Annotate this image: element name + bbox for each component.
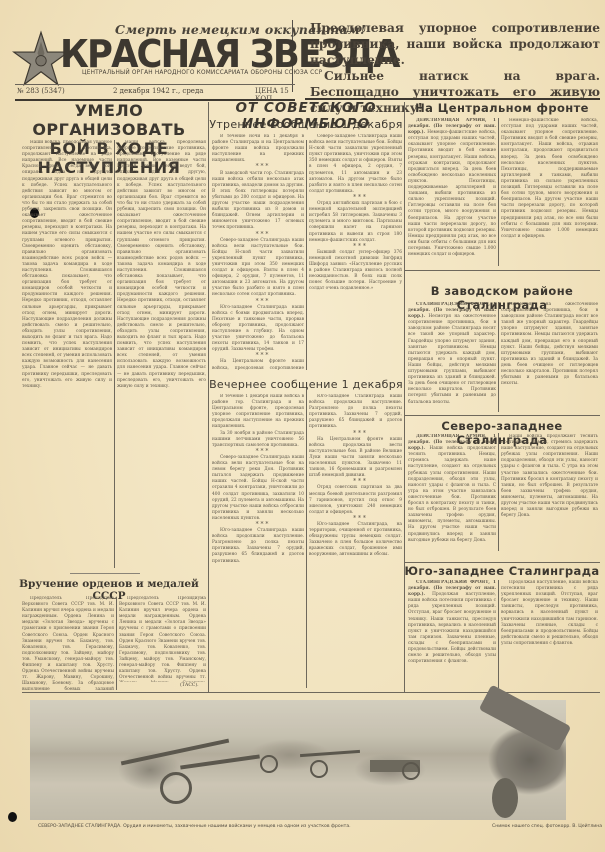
gun-wheel bbox=[160, 772, 192, 804]
central-front-col2: Немецко-фашистские войска, отступая под … bbox=[501, 118, 598, 268]
report-paragraph: В течение ночи на 1 декабря в районе Ста… bbox=[212, 134, 304, 164]
report-paragraph: Северо-западнее Сталинграда наши войска … bbox=[212, 455, 304, 522]
northwest-body: Наши войска продолжают теснить противник… bbox=[408, 446, 496, 542]
southwest-body: Продолжая наступление, наши войска потес… bbox=[408, 592, 496, 664]
column-divider bbox=[116, 598, 117, 690]
slogan-line-1: Преодолевая упорное сопротивление против… bbox=[310, 20, 600, 68]
section-divider bbox=[404, 562, 600, 563]
issue-date: 2 декабря 1942 г., среда bbox=[113, 87, 203, 95]
photo-caption: СЕВЕРО-ЗАПАДНЕЕ СТАЛИНГРАДА. Орудия и ми… bbox=[38, 824, 351, 829]
report-paragraph: На Центральном фронте наши войска продол… bbox=[309, 437, 402, 480]
section-divider bbox=[22, 692, 600, 693]
evening-report-col1: В течение 1 декабря наши войска в районе… bbox=[212, 394, 304, 688]
editorial-body-col2: Наши войска, преодолевая упорное сопроти… bbox=[117, 140, 206, 568]
report-paragraph: Отряд советских партизан за два месяца б… bbox=[309, 485, 402, 515]
morning-report-title: Утреннее сообщение 1 декабря bbox=[208, 118, 404, 131]
report-paragraph: Отряд английских партизан в бою с немецк… bbox=[309, 201, 402, 244]
awards-body-col2: Председатель Президиума Верховного Совет… bbox=[119, 596, 206, 682]
gun-wheel bbox=[402, 762, 420, 780]
report-paragraph: Юго-западнее Сталинграда наши войска про… bbox=[309, 394, 402, 431]
section-divider bbox=[404, 415, 600, 416]
issue-dateline: № 283 (5347) 2 декабря 1942 г., среда ЦЕ… bbox=[15, 84, 295, 101]
column-divider bbox=[498, 580, 499, 688]
gun-barrel bbox=[300, 750, 360, 757]
gun-wheel bbox=[310, 760, 328, 778]
report-paragraph: Юго-западнее Сталинграда наши войска про… bbox=[212, 528, 304, 565]
column-divider bbox=[498, 433, 499, 551]
northwest-col1: ДЕЙСТВУЮЩАЯ АРМИЯ, 1 декабря. (По телегр… bbox=[408, 434, 496, 552]
report-paragraph: В течение 1 декабря наши войска в районе… bbox=[212, 394, 304, 431]
report-paragraph: Бывший солдат унтер-офицер 376 немецкой … bbox=[309, 250, 402, 293]
column-divider bbox=[498, 302, 499, 412]
southwest-headline: Юго-западнее Сталинграда bbox=[404, 564, 600, 578]
report-paragraph: Северо-западнее Сталинграда наши войска … bbox=[212, 238, 304, 299]
factory-district-col1: СТАЛИНГРАДСКИЙ ФРОНТ, 1 декабря. (По тел… bbox=[408, 302, 496, 412]
binding-hole bbox=[8, 812, 17, 822]
captured-artillery-photo bbox=[30, 700, 566, 820]
column-divider bbox=[306, 388, 307, 688]
northwest-col2: Наши войска продолжают теснить противник… bbox=[501, 434, 598, 542]
issue-number: № 283 (5347) bbox=[17, 87, 65, 95]
southwest-col1: СТАЛИНГРАДСКИЙ ФРОНТ, 1 декабря. (По тел… bbox=[408, 580, 496, 688]
column-divider bbox=[208, 102, 209, 692]
central-front-col1: ДЕЙСТВУЮЩАЯ АРМИЯ, 1 декабря. (По телегр… bbox=[408, 118, 496, 268]
gun-barrel bbox=[180, 754, 260, 769]
awards-source: (ТАСС). bbox=[180, 683, 199, 688]
report-paragraph: На Центральном фронте наши войска, преод… bbox=[212, 359, 304, 370]
column-divider bbox=[498, 118, 499, 266]
morning-report-col1: В течение ночи на 1 декабря в районе Ста… bbox=[212, 134, 304, 370]
large-gun-wheel bbox=[492, 778, 518, 818]
report-paragraph: Юго-западнее Сталинграда наши войска с б… bbox=[212, 305, 304, 354]
report-paragraph: Северо-западнее Сталинграда наши войска … bbox=[309, 134, 402, 195]
central-front-body: Немецко-фашистские войска, отступая под … bbox=[408, 130, 496, 257]
awards-body-col1: Председатель Президиума Верховного Совет… bbox=[22, 596, 114, 690]
factory-district-body: Несмотря на ожесточенное сопротивление п… bbox=[408, 314, 496, 404]
editorial-body-col1: Наши войска, преодолевая упорное сопроти… bbox=[22, 140, 112, 568]
section-divider bbox=[70, 573, 140, 574]
photo-credit: Снимок нашего спец. фотокорр. В. Цейтлин… bbox=[492, 824, 602, 829]
report-paragraph: Юго-западнее Сталинграда, на территории,… bbox=[309, 522, 402, 559]
section-divider bbox=[404, 270, 600, 271]
factory-district-col2: Несмотря на ожесточенное сопротивление п… bbox=[501, 302, 598, 412]
evening-report-col2: Юго-западнее Сталинграда наши войска про… bbox=[309, 394, 402, 688]
column-divider bbox=[306, 140, 307, 370]
morning-report-col2: Северо-западнее Сталинграда наши войска … bbox=[309, 134, 402, 370]
central-front-headline: На Центральном фронте bbox=[404, 101, 600, 115]
column-divider bbox=[114, 140, 115, 568]
gun-wheel bbox=[260, 755, 278, 773]
evening-report-title: Вечернее сообщение 1 декабря bbox=[208, 378, 404, 391]
newspaper-subtitle: ЦЕНТРАЛЬНЫЙ ОРГАН НАРОДНОГО КОМИССАРИАТА… bbox=[82, 70, 322, 76]
southwest-col2: Продолжая наступление, наши войска потес… bbox=[501, 580, 598, 680]
column-divider bbox=[404, 102, 405, 692]
report-paragraph: В заводской части гор. Сталинграда наши … bbox=[212, 171, 304, 232]
report-paragraph: За 30 ноября в районе Сталинграда нашими… bbox=[212, 431, 304, 449]
